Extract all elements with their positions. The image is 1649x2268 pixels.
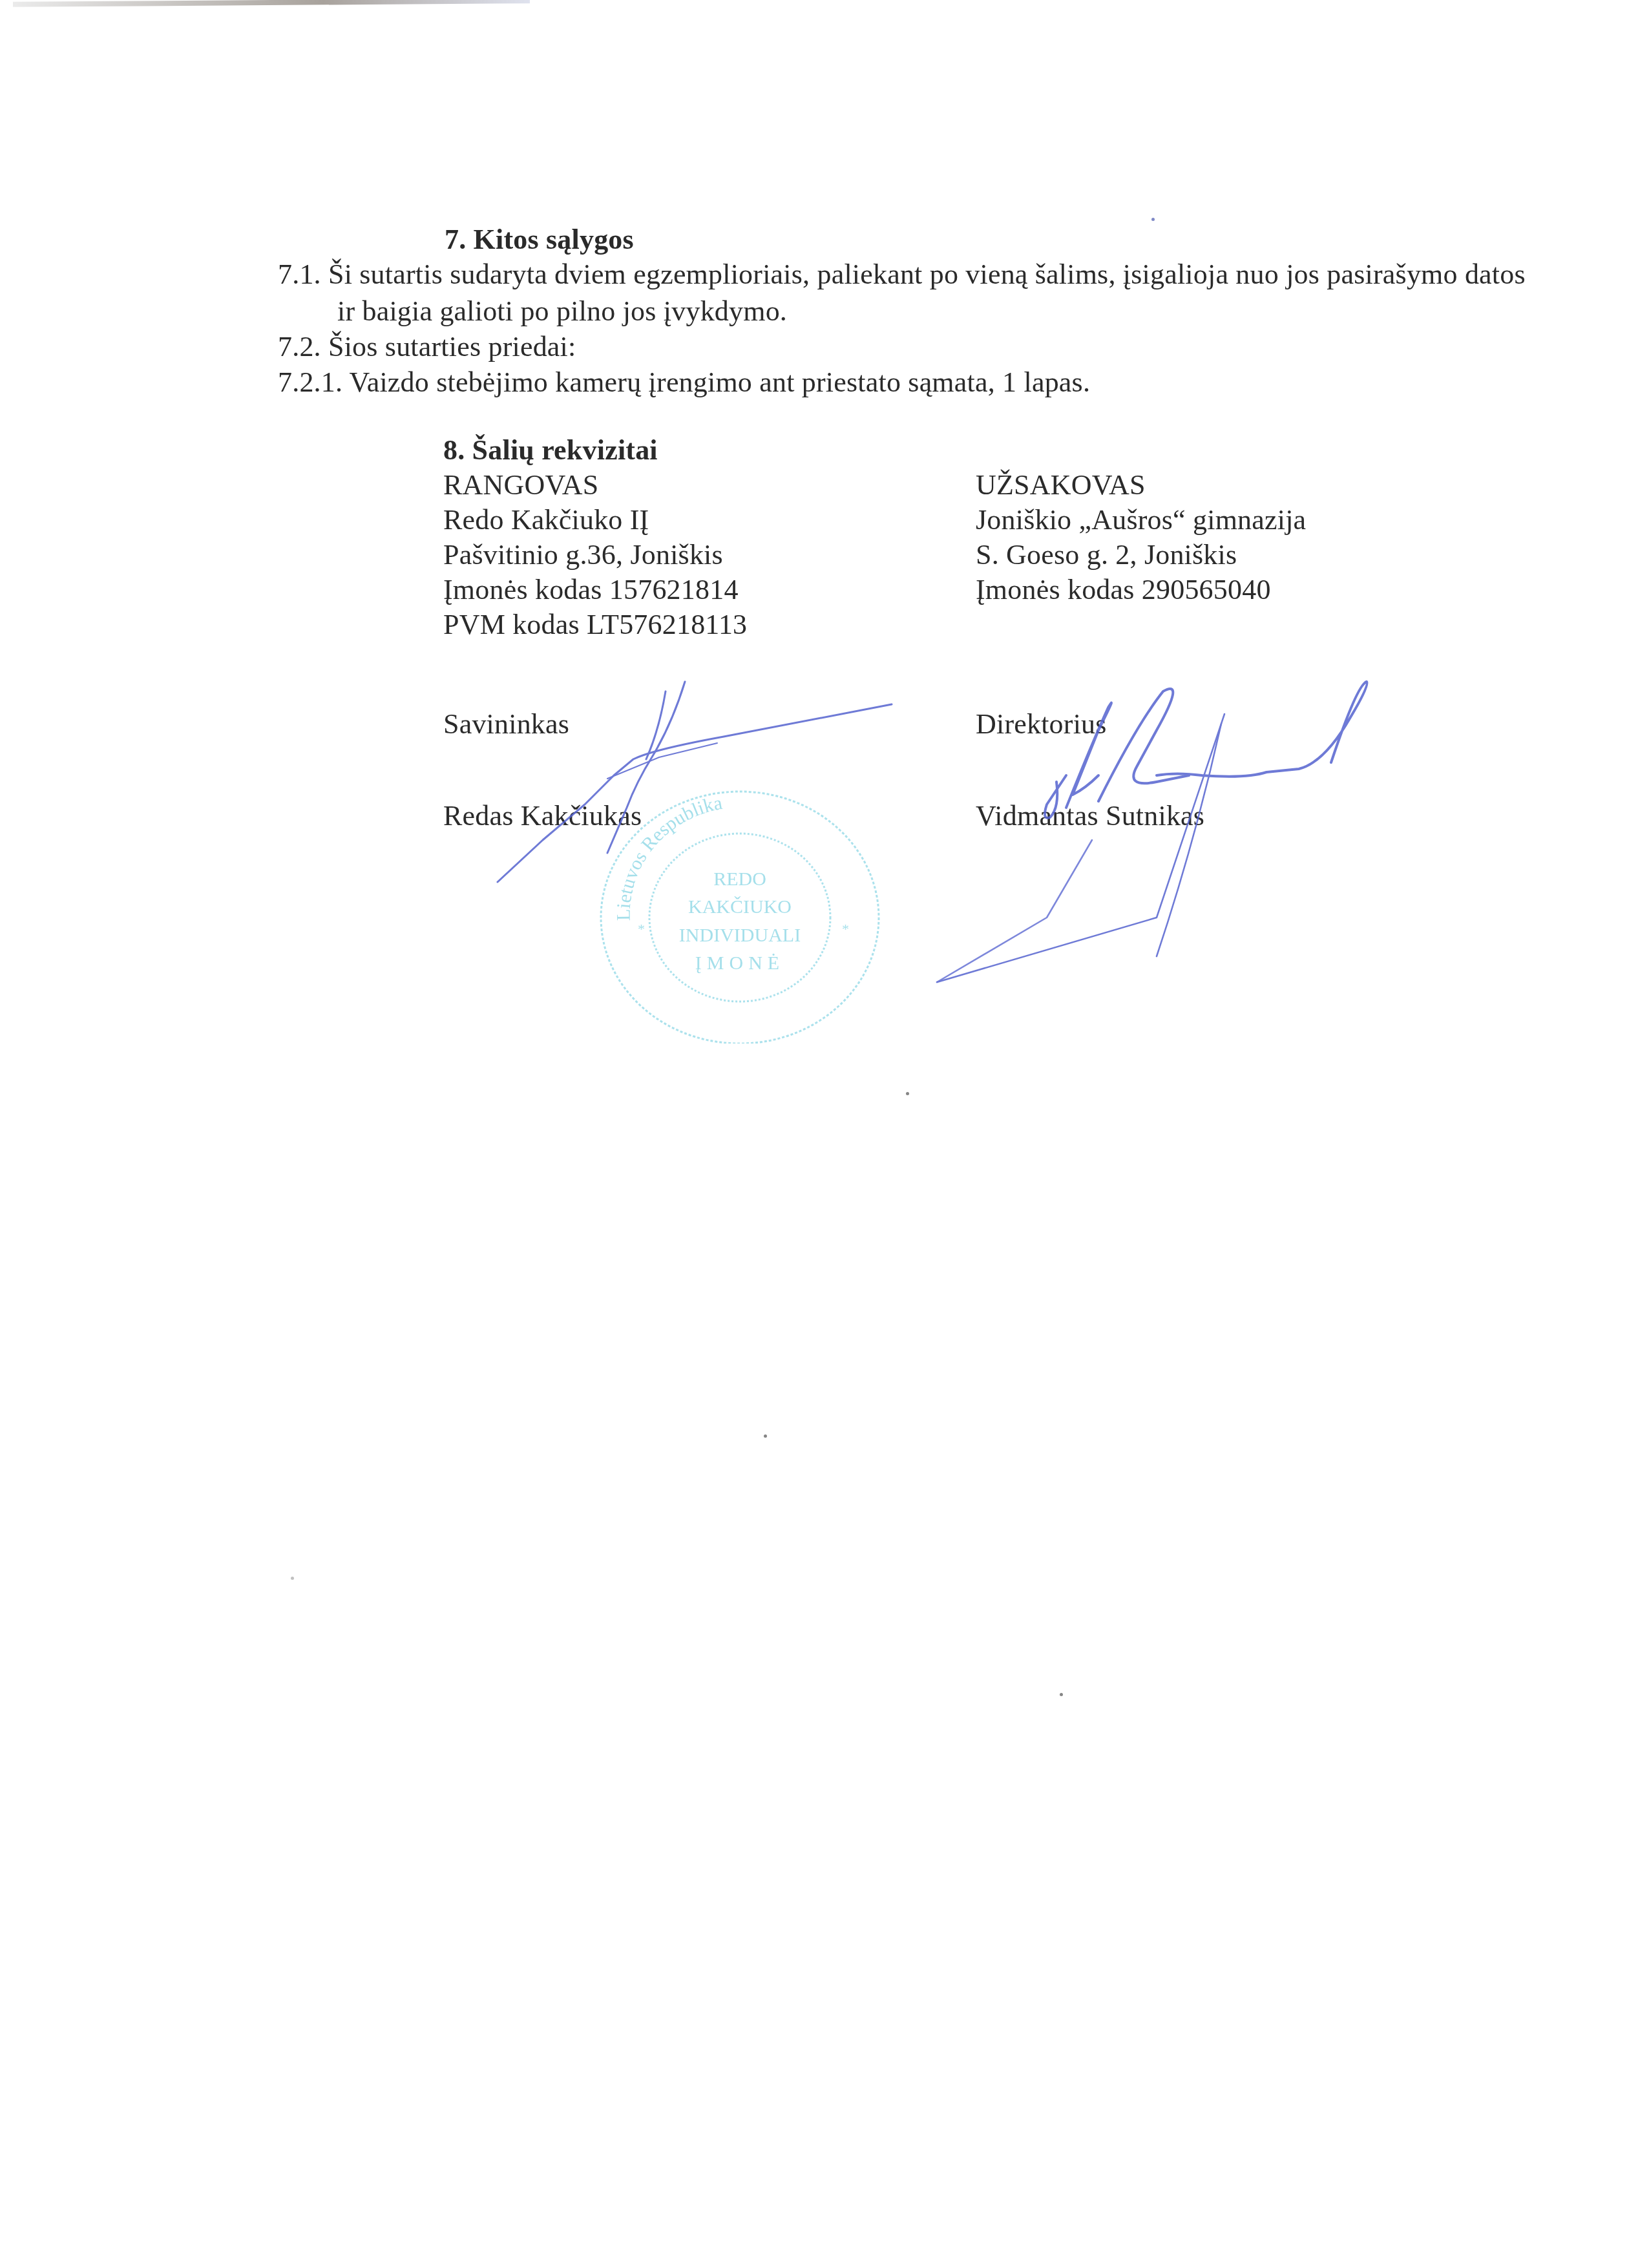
- svg-text:*: *: [842, 921, 849, 937]
- clause-7-2: 7.2. Šios sutarties priedai:: [278, 330, 576, 364]
- clause-7-1-line2: ir baigia galioti po pilno jos įvykdymo.: [337, 294, 787, 329]
- contractor-name: Redo Kakčiuko IĮ: [443, 503, 649, 538]
- clause-7-1-line1: 7.1. Ši sutartis sudaryta dviem egzempli…: [278, 257, 1526, 292]
- scan-speck: [1151, 218, 1155, 221]
- client-signatory-title: Direktorius: [976, 707, 1107, 742]
- section-7-heading: 7. Kitos sąlygos: [445, 222, 634, 257]
- svg-text:REDO: REDO: [713, 868, 766, 890]
- contractor-role: RANGOVAS: [443, 468, 598, 503]
- client-name: Joniškio „Aušros“ gimnazija: [976, 503, 1306, 538]
- scan-speck: [764, 1434, 767, 1438]
- client-address: S. Goeso g. 2, Joniškis: [976, 538, 1237, 572]
- svg-text:INDIVIDUALI: INDIVIDUALI: [679, 925, 801, 946]
- svg-text:ĮMONĖ: ĮMONĖ: [695, 952, 784, 974]
- contractor-company-code: Įmonės kodas 157621814: [443, 572, 739, 607]
- scan-speck: [291, 1577, 294, 1580]
- handwritten-signatures: [0, 0, 1649, 2268]
- client-role: UŽSAKOVAS: [976, 468, 1146, 503]
- contractor-signatory-title: Savininkas: [443, 707, 569, 742]
- clause-7-2-1: 7.2.1. Vaizdo stebėjimo kamerų įrengimo …: [278, 365, 1090, 400]
- client-company-code: Įmonės kodas 290565040: [976, 572, 1271, 607]
- section-8-heading: 8. Šalių rekvizitai: [443, 433, 658, 468]
- scan-edge-artifact: [13, 0, 530, 7]
- company-stamp-icon: Lietuvos Respublika REDO KAKČIUKO INDIVI…: [585, 772, 888, 1044]
- scan-speck: [906, 1092, 909, 1095]
- svg-text:*: *: [638, 921, 645, 937]
- contractor-vat-code: PVM kodas LT576218113: [443, 607, 747, 642]
- svg-text:KAKČIUKO: KAKČIUKO: [688, 896, 792, 918]
- client-signatory-name: Vidmantas Sutnikas: [976, 799, 1204, 834]
- scan-speck: [1060, 1693, 1063, 1696]
- contractor-address: Pašvitinio g.36, Joniškis: [443, 538, 723, 572]
